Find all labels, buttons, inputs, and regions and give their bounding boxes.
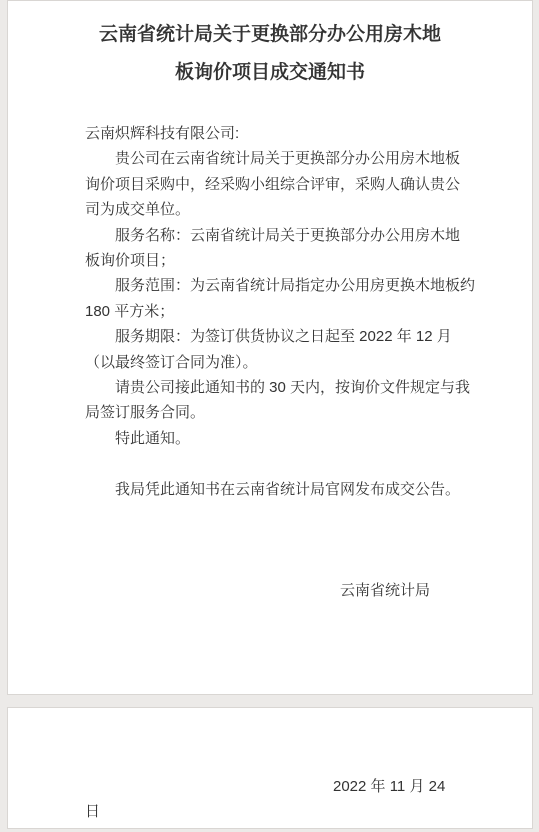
blank-line <box>85 451 462 476</box>
body-line: 服务期限：为签订供货协议之日起至 2022 年 12 月 <box>85 324 462 349</box>
body-line: （以最终签订合同为准）。 <box>85 350 462 375</box>
date-line: 日 <box>85 799 462 824</box>
page-title: 云南省统计局关于更换部分办公用房木地 板询价项目成交通知书 <box>8 16 532 92</box>
body-line: 询价项目采购中，经采购小组综合评审，采购人确认贵公 <box>85 172 462 197</box>
body-line: 服务范围：为云南省统计局指定办公用房更换木地板约 <box>85 273 462 298</box>
body-line: 请贵公司接此通知书的 30 天内，按询价文件规定与我 <box>85 375 462 400</box>
body-line: 180 平方米； <box>85 299 462 324</box>
date-line: 2022 年 11 月 24 <box>85 774 462 799</box>
body-line: 我局凭此通知书在云南省统计局官网发布成交公告。 <box>85 477 462 502</box>
date-block: 2022 年 11 月 24 日 <box>8 708 532 825</box>
body-line: 贵公司在云南省统计局关于更换部分办公用房木地板 <box>85 146 462 171</box>
body-line: 局签订服务合同。 <box>85 400 462 425</box>
signature-line: 云南省统计局 <box>85 578 430 603</box>
page-title-line-1: 云南省统计局关于更换部分办公用房木地 <box>8 16 532 54</box>
body-line: 特此通知。 <box>85 426 462 451</box>
blank-line <box>85 553 462 578</box>
blank-line <box>85 527 462 552</box>
document-page-1: 云南省统计局关于更换部分办公用房木地 板询价项目成交通知书 云南炽辉科技有限公司… <box>7 0 533 695</box>
recipient-line: 云南炽辉科技有限公司: <box>85 121 462 146</box>
body-line: 服务名称：云南省统计局关于更换部分办公用房木地 <box>85 223 462 248</box>
notice-body: 云南炽辉科技有限公司: 贵公司在云南省统计局关于更换部分办公用房木地板 询价项目… <box>8 121 532 604</box>
document-page-2: 2022 年 11 月 24 日 <box>7 707 533 829</box>
body-line: 板询价项目； <box>85 248 462 273</box>
blank-line <box>85 502 462 527</box>
page-title-line-2: 板询价项目成交通知书 <box>8 54 532 92</box>
body-line: 司为成交单位。 <box>85 197 462 222</box>
